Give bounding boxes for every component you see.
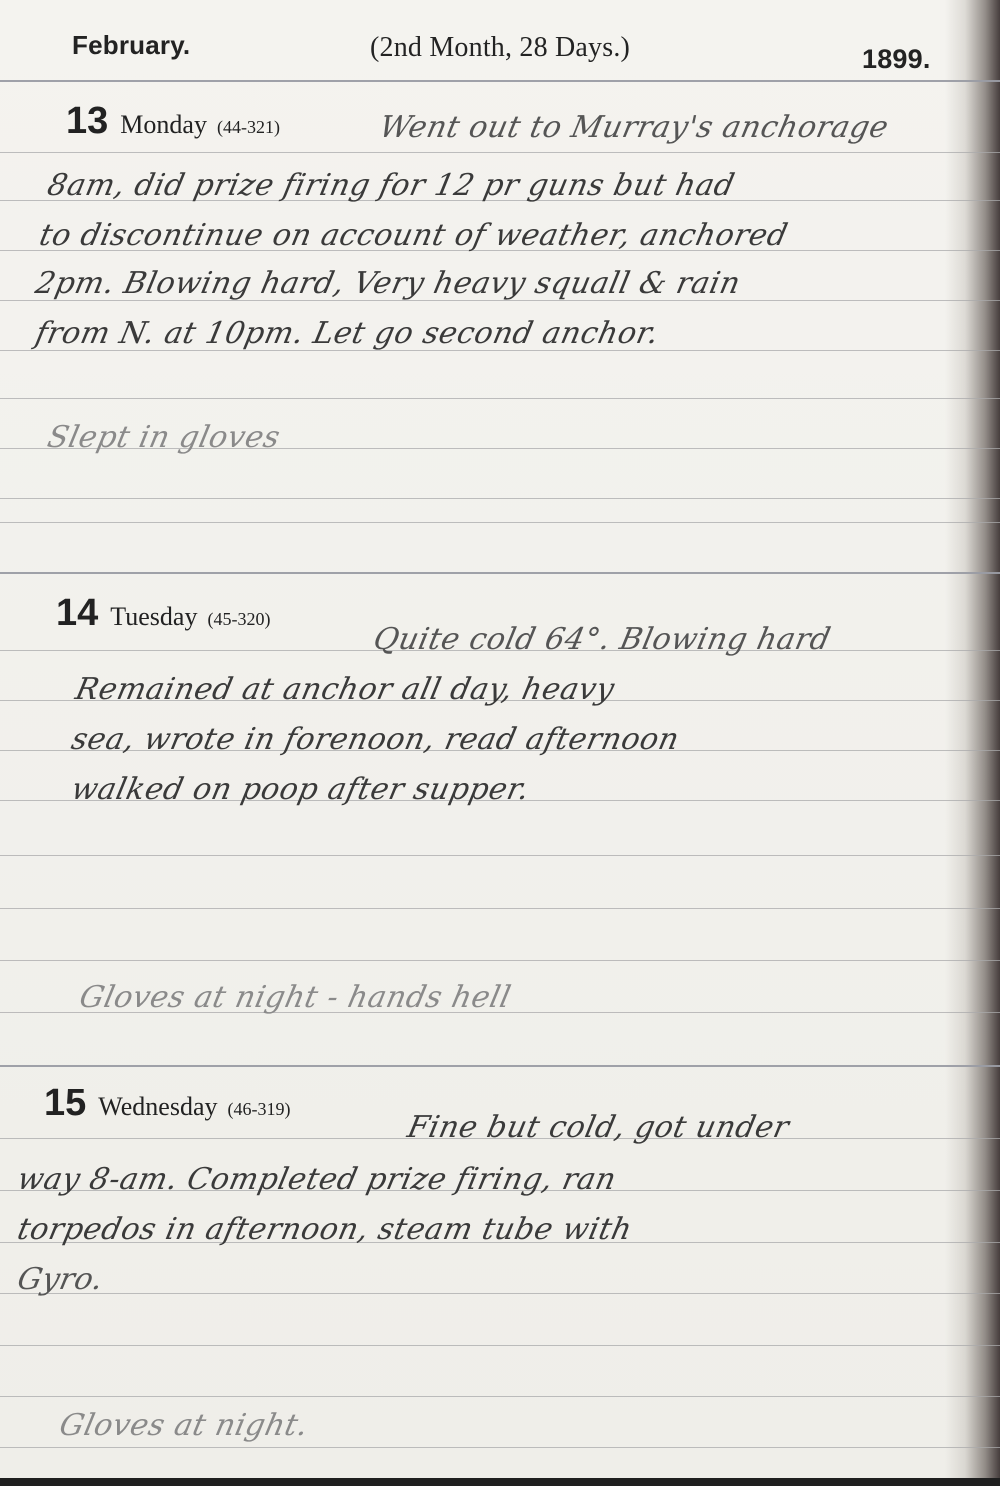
ruled-line — [0, 1396, 1000, 1397]
day-count: (45-320) — [207, 609, 270, 630]
day-header-15: 15 Wednesday (46-319) — [44, 1082, 290, 1125]
year: 1899. — [862, 44, 931, 75]
handwritten-line: walked on poop after supper. — [68, 772, 532, 807]
handwritten-line: from N. at 10pm. Let go second anchor. — [32, 316, 662, 351]
handwritten-line: 8am, did prize firing for 12 pr guns but… — [44, 168, 738, 203]
day-header-13: 13 Monday (44-321) — [66, 100, 280, 143]
bottom-edge — [0, 1478, 1000, 1486]
ruled-line — [0, 1345, 1000, 1346]
day-number: 14 — [56, 592, 98, 635]
handwritten-line: 2pm. Blowing hard, Very heavy squall & r… — [32, 266, 743, 301]
ruled-line — [0, 152, 1000, 153]
ruled-line — [0, 960, 1000, 961]
handwritten-line: Quite cold 64°. Blowing hard — [370, 622, 834, 657]
handwritten-line: to discontinue on account of weather, an… — [36, 218, 791, 253]
ruled-line — [0, 522, 1000, 523]
weekday: Monday — [120, 110, 207, 140]
day-separator — [0, 1065, 1000, 1067]
diary-page: February. (2nd Month, 28 Days.) 1899. 13… — [0, 0, 1000, 1478]
handwritten-line: way 8-am. Completed prize firing, ran — [14, 1162, 619, 1197]
day-number: 15 — [44, 1082, 86, 1125]
month-info: (2nd Month, 28 Days.) — [370, 32, 630, 64]
handwritten-line: torpedos in afternoon, steam tube with — [14, 1212, 635, 1247]
weekday: Tuesday — [110, 602, 197, 632]
handwritten-line: Went out to Murray's anchorage — [376, 110, 891, 145]
ruled-line — [0, 398, 1000, 399]
ruled-line — [0, 1447, 1000, 1448]
day-header-14: 14 Tuesday (45-320) — [56, 592, 270, 635]
handwritten-line: Fine but cold, got under — [404, 1110, 792, 1145]
handwritten-note: Gloves at night - hands hell — [76, 980, 514, 1015]
handwritten-note: Gloves at night. — [56, 1408, 311, 1443]
month-title: February. — [72, 30, 190, 61]
day-count: (46-319) — [227, 1099, 290, 1120]
day-count: (44-321) — [217, 117, 280, 138]
day-number: 13 — [66, 100, 108, 143]
ruled-line — [0, 855, 1000, 856]
ruled-line — [0, 1293, 1000, 1294]
handwritten-note: Slept in gloves — [44, 420, 283, 455]
ruled-line — [0, 498, 1000, 499]
handwritten-line: sea, wrote in forenoon, read afternoon — [68, 722, 682, 757]
handwritten-line: Gyro. — [14, 1262, 106, 1297]
header-rule — [0, 80, 1000, 82]
day-separator — [0, 572, 1000, 574]
weekday: Wednesday — [98, 1092, 217, 1122]
handwritten-line: Remained at anchor all day, heavy — [72, 672, 617, 707]
ruled-line — [0, 908, 1000, 909]
